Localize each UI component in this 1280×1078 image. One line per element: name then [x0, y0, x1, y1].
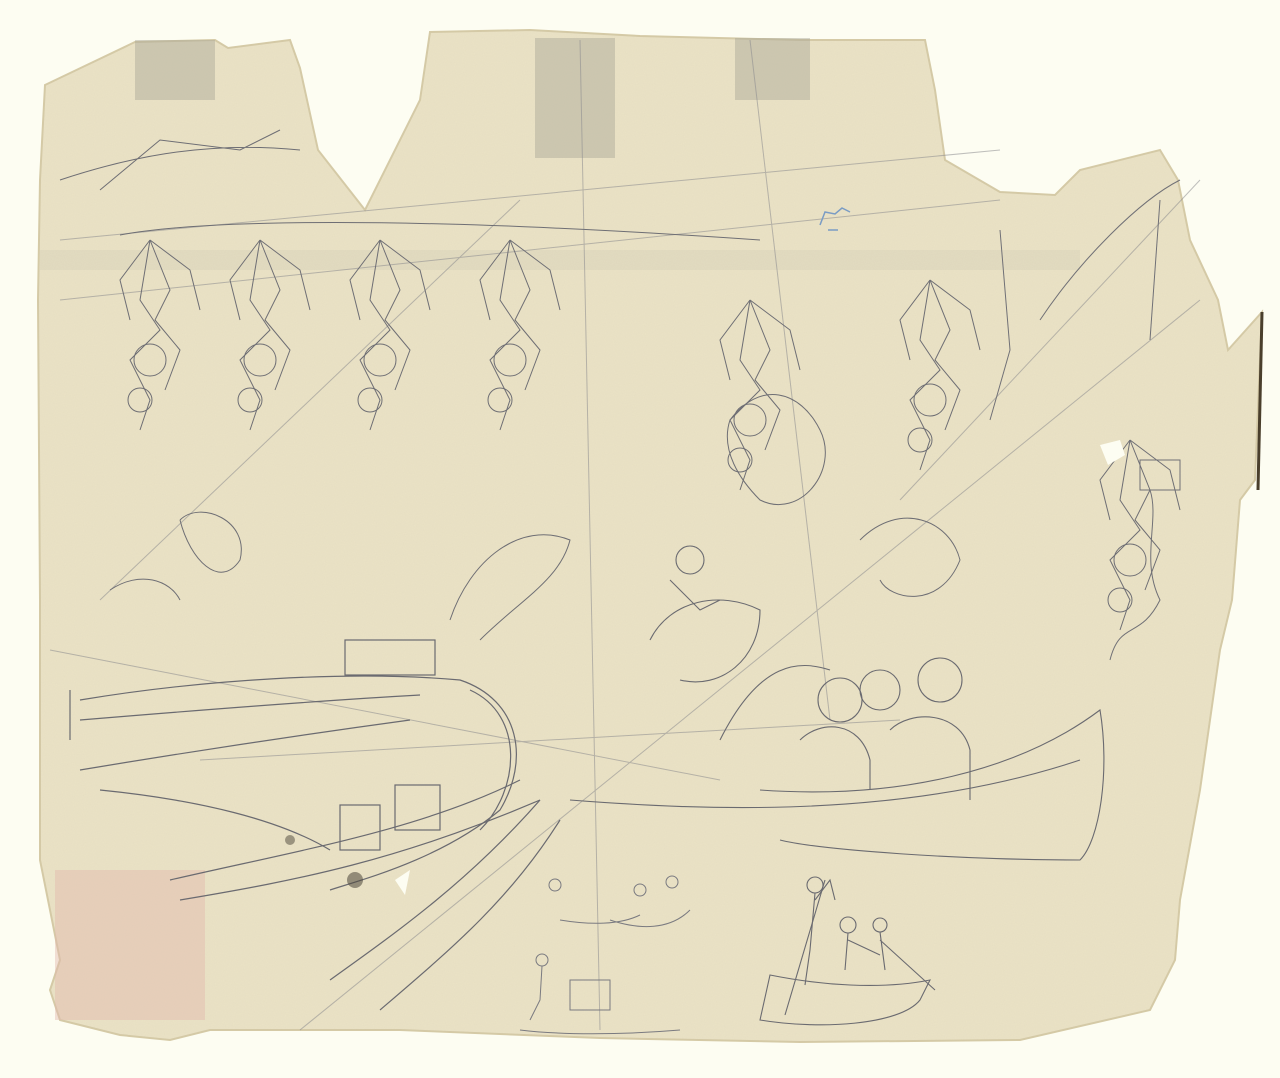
scanned-drawing — [0, 0, 1280, 1078]
pink-stain — [55, 870, 205, 1020]
drawing-canvas — [0, 0, 1280, 1078]
paper-sheet — [38, 30, 1262, 1042]
